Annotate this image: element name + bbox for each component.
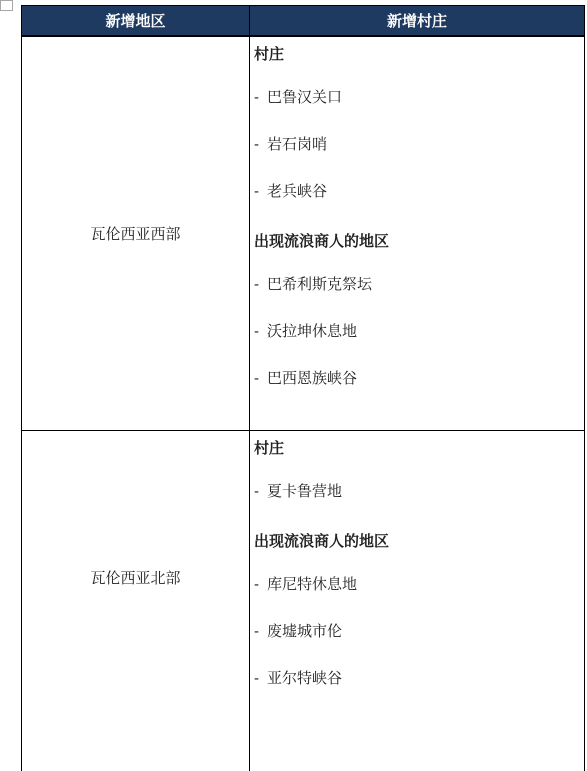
table-header-row: 新增地区 新增村庄	[22, 6, 584, 37]
region-cell: 瓦伦西亚西部	[22, 37, 250, 430]
list-dash-marker: -	[254, 624, 259, 640]
village-list-item: -巴希利斯克祭坛	[254, 277, 578, 293]
region-cell: 瓦伦西亚北部	[22, 431, 250, 729]
table-row-valencia-west: 瓦伦西亚西部 村庄 -巴鲁汉关口 -岩石岗哨 -老兵峡谷 出现流浪商人的地区 -…	[22, 37, 584, 431]
merchants-section: 出现流浪商人的地区 -库尼特休息地 -废墟城市伦 -亚尔特峡谷	[254, 534, 578, 687]
village-name: 沃拉坤休息地	[267, 323, 357, 340]
village-name: 夏卡鲁营地	[267, 483, 342, 500]
village-list-item: -亚尔特峡谷	[254, 671, 578, 687]
merchants-section: 出现流浪商人的地区 -巴希利斯克祭坛 -沃拉坤休息地 -巴西恩族峡谷	[254, 234, 578, 387]
section-heading-villages: 村庄	[254, 47, 578, 63]
village-name: 废墟城市伦	[267, 623, 342, 640]
village-list-item: -巴鲁汉关口	[254, 90, 578, 106]
village-name: 老兵峡谷	[267, 183, 327, 200]
list-dash-marker: -	[254, 90, 259, 106]
header-cell-region: 新增地区	[22, 6, 250, 35]
section-heading-merchants: 出现流浪商人的地区	[254, 234, 578, 250]
village-list-item: -岩石岗哨	[254, 137, 578, 153]
header-cell-villages: 新增村庄	[250, 6, 584, 35]
village-name: 亚尔特峡谷	[267, 670, 342, 687]
village-list-item: -夏卡鲁营地	[254, 484, 578, 500]
list-dash-marker: -	[254, 137, 259, 153]
header-villages-label: 新增村庄	[387, 10, 447, 31]
list-dash-marker: -	[254, 184, 259, 200]
list-dash-marker: -	[254, 577, 259, 593]
table-row-valencia-north: 瓦伦西亚北部 村庄 -夏卡鲁营地 出现流浪商人的地区 -库尼特休息地 -废墟城市…	[22, 431, 584, 729]
village-name: 巴希利斯克祭坛	[267, 276, 372, 293]
list-dash-marker: -	[254, 371, 259, 387]
list-dash-marker: -	[254, 277, 259, 293]
village-list-item: -库尼特休息地	[254, 577, 578, 593]
section-heading-merchants: 出现流浪商人的地区	[254, 534, 578, 550]
village-list-item: -老兵峡谷	[254, 184, 578, 200]
header-region-label: 新增地区	[105, 10, 165, 31]
list-dash-marker: -	[254, 484, 259, 500]
village-list-item: -巴西恩族峡谷	[254, 371, 578, 387]
village-name: 巴西恩族峡谷	[267, 370, 357, 387]
village-list-item: -沃拉坤休息地	[254, 324, 578, 340]
object-anchor-marker	[0, 0, 13, 11]
villages-cell: 村庄 -夏卡鲁营地 出现流浪商人的地区 -库尼特休息地 -废墟城市伦 -亚尔特峡…	[250, 431, 584, 729]
village-list-item: -废墟城市伦	[254, 624, 578, 640]
section-heading-villages: 村庄	[254, 441, 578, 457]
villages-section: 村庄 -夏卡鲁营地	[254, 441, 578, 500]
village-name: 巴鲁汉关口	[267, 89, 342, 106]
villages-cell: 村庄 -巴鲁汉关口 -岩石岗哨 -老兵峡谷 出现流浪商人的地区 -巴希利斯克祭坛…	[250, 37, 584, 430]
villages-section: 村庄 -巴鲁汉关口 -岩石岗哨 -老兵峡谷	[254, 47, 578, 200]
region-label: 瓦伦西亚北部	[90, 567, 180, 588]
village-name: 岩石岗哨	[267, 136, 327, 153]
region-label: 瓦伦西亚西部	[90, 223, 180, 244]
regions-villages-table: 新增地区 新增村庄 瓦伦西亚西部 村庄 -巴鲁汉关口 -岩石岗哨 -老兵峡谷	[21, 5, 585, 729]
village-name: 库尼特休息地	[267, 576, 357, 593]
list-dash-marker: -	[254, 324, 259, 340]
list-dash-marker: -	[254, 671, 259, 687]
